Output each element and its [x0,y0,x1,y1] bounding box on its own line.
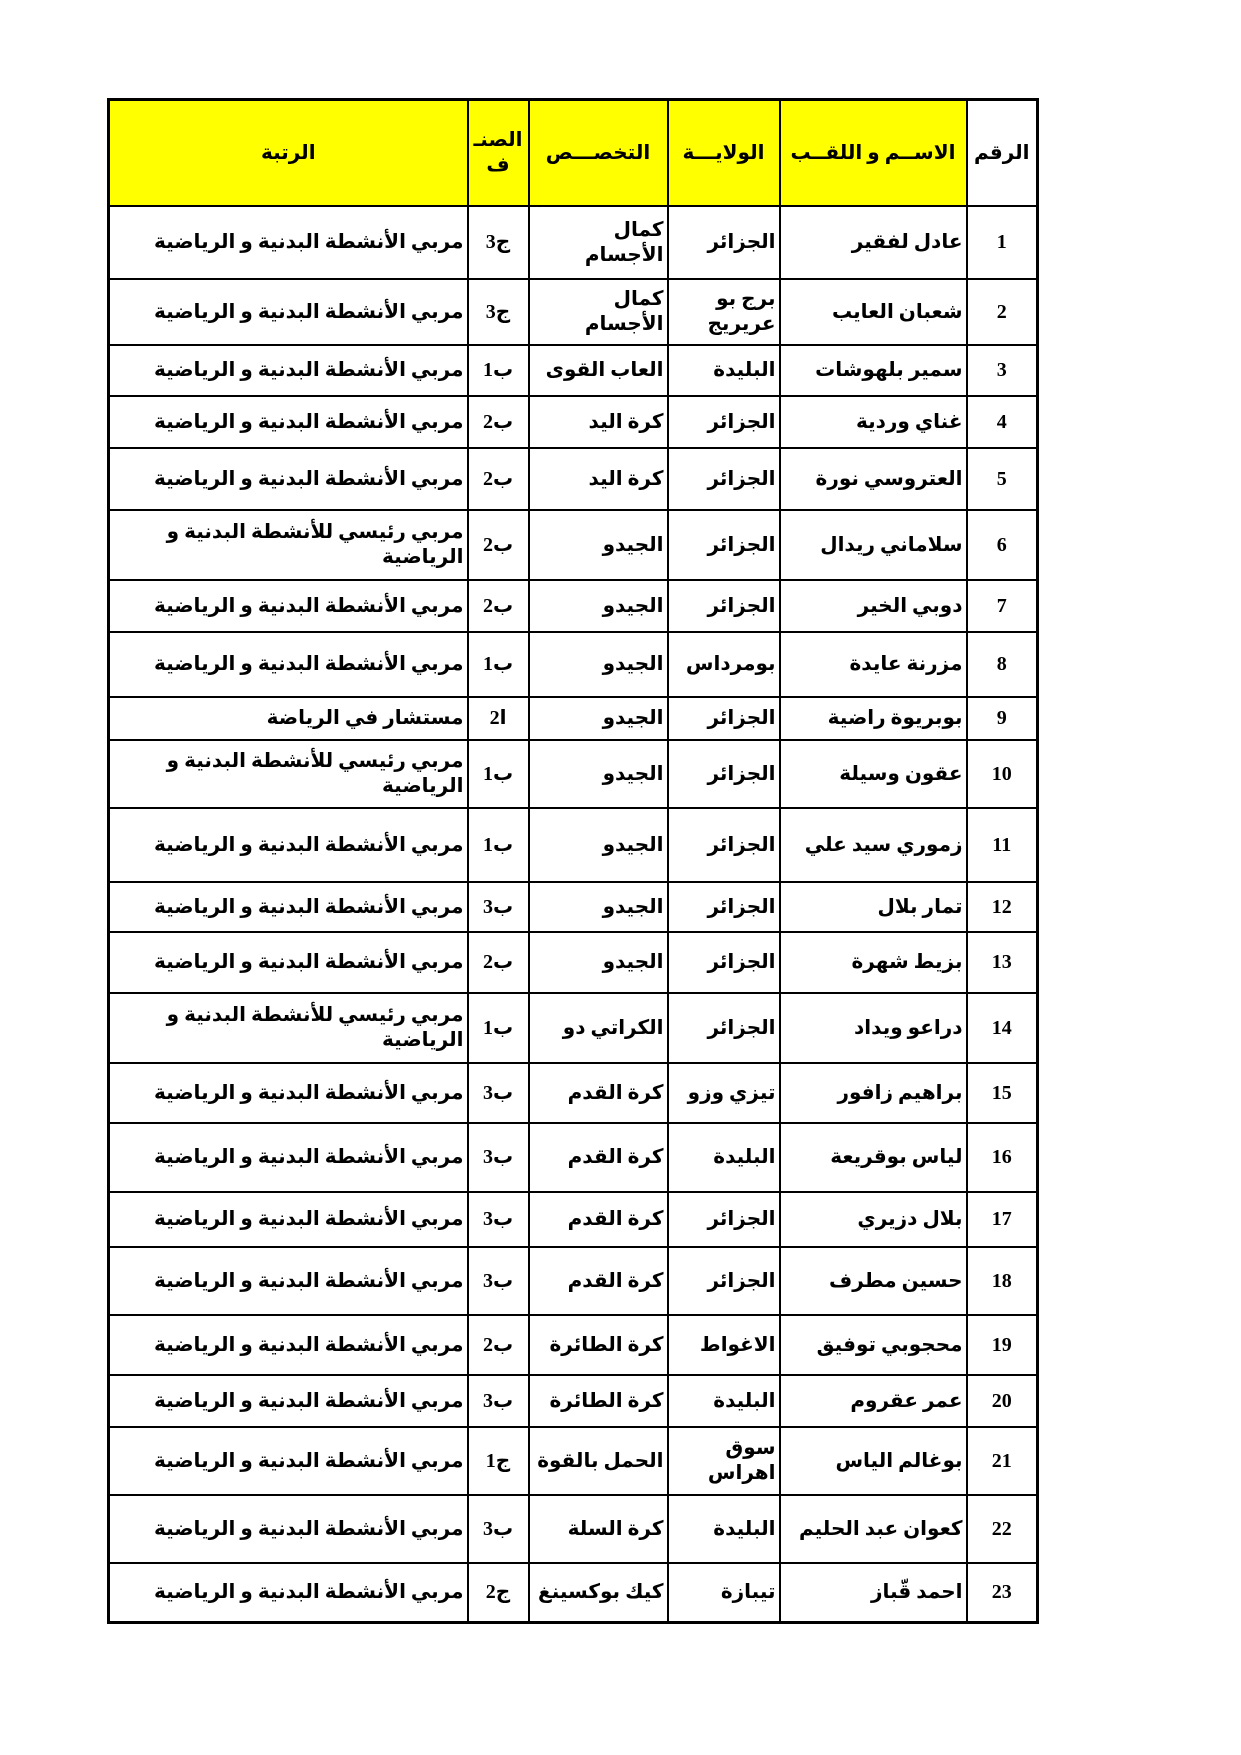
table-row: 16لياس بوقريعةالبليدةكرة القدمب3مربي الأ… [109,1123,1038,1192]
cell-class: ب1 [468,632,529,697]
cell-wilaya: البليدة [668,1375,780,1427]
cell-class: ب1 [468,345,529,396]
cell-rank: مربي الأنشطة البدنية و الرياضية [109,1495,468,1563]
cell-number: 21 [967,1427,1038,1495]
cell-class: ب3 [468,1495,529,1563]
cell-wilaya: الجزائر [668,206,780,279]
cell-specialty: كرة القدم [529,1123,668,1192]
roster-table: الرقم الاســم و اللقــب الولايـــة التخص… [107,98,1039,1624]
table-header-row: الرقم الاســم و اللقــب الولايـــة التخص… [109,100,1038,207]
table-row: 22كعوان عبد الحليمالبليدةكرة السلةب3مربي… [109,1495,1038,1563]
cell-wilaya: الجزائر [668,882,780,932]
cell-specialty: كمال الأجسام [529,279,668,345]
cell-rank: مربي الأنشطة البدنية و الرياضية [109,1063,468,1123]
cell-wilaya: البليدة [668,1495,780,1563]
cell-name: بلال دزيري [780,1192,967,1247]
cell-specialty: كمال الأجسام [529,206,668,279]
header-class: الصنـ ف [468,100,529,207]
cell-rank: مربي الأنشطة البدنية و الرياضية [109,580,468,632]
cell-rank: مربي الأنشطة البدنية و الرياضية [109,1123,468,1192]
cell-rank: مربي الأنشطة البدنية و الرياضية [109,932,468,993]
cell-rank: مربي الأنشطة البدنية و الرياضية [109,448,468,510]
table-row: 3سمير بلهوشاتالبليدةالعاب القوىب1مربي ال… [109,345,1038,396]
table-row: 2شعبان العايببرج بو عريريجكمال الأجسامج3… [109,279,1038,345]
cell-class: ب3 [468,1123,529,1192]
cell-wilaya: الجزائر [668,932,780,993]
cell-class: ب2 [468,510,529,580]
cell-wilaya: الجزائر [668,396,780,448]
cell-rank: مربي الأنشطة البدنية و الرياضية [109,632,468,697]
table-row: 11زموري سيد عليالجزائرالجيدوب1مربي الأنش… [109,808,1038,882]
cell-specialty: كرة اليد [529,448,668,510]
cell-name: شعبان العايب [780,279,967,345]
cell-specialty: كيك بوكسينغ [529,1563,668,1622]
cell-number: 18 [967,1247,1038,1315]
cell-wilaya: تيزي وزو [668,1063,780,1123]
cell-class: ب2 [468,932,529,993]
cell-class: ب3 [468,1375,529,1427]
cell-wilaya: برج بو عريريج [668,279,780,345]
table-row: 17بلال دزيريالجزائركرة القدمب3مربي الأنش… [109,1192,1038,1247]
cell-name: سلاماني ريدال [780,510,967,580]
cell-wilaya: الجزائر [668,697,780,740]
cell-wilaya: الجزائر [668,1247,780,1315]
cell-name: دراعو ويداد [780,993,967,1063]
cell-rank: مربي الأنشطة البدنية و الرياضية [109,1315,468,1375]
cell-name: مزرنة عايدة [780,632,967,697]
cell-wilaya: بومرداس [668,632,780,697]
cell-name: لياس بوقريعة [780,1123,967,1192]
cell-specialty: كرة الطائرة [529,1315,668,1375]
cell-number: 4 [967,396,1038,448]
cell-rank: مربي الأنشطة البدنية و الرياضية [109,1563,468,1622]
cell-name: زموري سيد علي [780,808,967,882]
cell-name: عمر عقروم [780,1375,967,1427]
table-row: 12تمار بلالالجزائرالجيدوب3مربي الأنشطة ا… [109,882,1038,932]
cell-number: 8 [967,632,1038,697]
cell-number: 23 [967,1563,1038,1622]
cell-specialty: الجيدو [529,932,668,993]
cell-class: ب3 [468,1247,529,1315]
cell-number: 14 [967,993,1038,1063]
cell-rank: مربي الأنشطة البدنية و الرياضية [109,345,468,396]
table-row: 21بوغالم الياسسوق اهراسالحمل بالقوةج1مرب… [109,1427,1038,1495]
cell-specialty: كرة اليد [529,396,668,448]
table-row: 15براهيم زافورتيزي وزوكرة القدمب3مربي ال… [109,1063,1038,1123]
cell-rank: مربي الأنشطة البدنية و الرياضية [109,1375,468,1427]
header-specialty: التخصـــص [529,100,668,207]
cell-class: ب1 [468,808,529,882]
cell-number: 19 [967,1315,1038,1375]
cell-class: ب3 [468,1192,529,1247]
cell-wilaya: الجزائر [668,580,780,632]
cell-wilaya: البليدة [668,1123,780,1192]
table-row: 18حسين مطرفالجزائركرة القدمب3مربي الأنشط… [109,1247,1038,1315]
cell-name: بوبريوة راضية [780,697,967,740]
cell-class: ب2 [468,448,529,510]
cell-number: 11 [967,808,1038,882]
cell-wilaya: الاغواط [668,1315,780,1375]
cell-name: بوغالم الياس [780,1427,967,1495]
table-row: 7دوبي الخيرالجزائرالجيدوب2مربي الأنشطة ا… [109,580,1038,632]
cell-rank: مربي الأنشطة البدنية و الرياضية [109,396,468,448]
cell-wilaya: الجزائر [668,740,780,808]
cell-number: 13 [967,932,1038,993]
header-name: الاســم و اللقــب [780,100,967,207]
cell-specialty: الجيدو [529,697,668,740]
cell-name: دوبي الخير [780,580,967,632]
cell-number: 10 [967,740,1038,808]
cell-wilaya: البليدة [668,345,780,396]
header-number: الرقم [967,100,1038,207]
cell-name: براهيم زافور [780,1063,967,1123]
cell-rank: مستشار في الرياضة [109,697,468,740]
cell-number: 17 [967,1192,1038,1247]
cell-specialty: كرة القدم [529,1063,668,1123]
cell-number: 7 [967,580,1038,632]
cell-specialty: العاب القوى [529,345,668,396]
cell-specialty: الجيدو [529,632,668,697]
cell-name: كعوان عبد الحليم [780,1495,967,1563]
cell-name: تمار بلال [780,882,967,932]
table-row: 23احمد قّبازتيبازةكيك بوكسينغج2مربي الأن… [109,1563,1038,1622]
cell-wilaya: الجزائر [668,808,780,882]
cell-class: ا2 [468,697,529,740]
cell-number: 16 [967,1123,1038,1192]
cell-number: 20 [967,1375,1038,1427]
cell-specialty: كرة القدم [529,1192,668,1247]
cell-class: ج3 [468,279,529,345]
cell-number: 9 [967,697,1038,740]
cell-specialty: الحمل بالقوة [529,1427,668,1495]
header-rank: الرتبة [109,100,468,207]
cell-number: 12 [967,882,1038,932]
table-row: 1عادل لفقيرالجزائركمال الأجسامج3مربي الأ… [109,206,1038,279]
cell-wilaya: الجزائر [668,510,780,580]
cell-rank: مربي الأنشطة البدنية و الرياضية [109,1247,468,1315]
cell-wilaya: الجزائر [668,993,780,1063]
cell-rank: مربي الأنشطة البدنية و الرياضية [109,279,468,345]
cell-specialty: الجيدو [529,882,668,932]
cell-wilaya: سوق اهراس [668,1427,780,1495]
cell-specialty: الجيدو [529,740,668,808]
cell-number: 6 [967,510,1038,580]
cell-name: سمير بلهوشات [780,345,967,396]
cell-number: 15 [967,1063,1038,1123]
cell-rank: مربي رئيسي للأنشطة البدنية و الرياضية [109,993,468,1063]
cell-name: احمد قّباز [780,1563,967,1622]
cell-class: ب1 [468,740,529,808]
cell-number: 1 [967,206,1038,279]
table-row: 20عمر عقرومالبليدةكرة الطائرةب3مربي الأن… [109,1375,1038,1427]
cell-wilaya: تيبازة [668,1563,780,1622]
cell-specialty: الجيدو [529,510,668,580]
cell-specialty: الجيدو [529,580,668,632]
cell-number: 5 [967,448,1038,510]
cell-name: حسين مطرف [780,1247,967,1315]
cell-specialty: كرة الطائرة [529,1375,668,1427]
cell-class: ب3 [468,882,529,932]
cell-name: عادل لفقير [780,206,967,279]
cell-name: محجوبي توفيق [780,1315,967,1375]
table-row: 4غناي ورديةالجزائركرة اليدب2مربي الأنشطة… [109,396,1038,448]
cell-class: ج3 [468,206,529,279]
cell-number: 3 [967,345,1038,396]
cell-rank: مربي الأنشطة البدنية و الرياضية [109,1427,468,1495]
cell-class: ب1 [468,993,529,1063]
cell-class: ب3 [468,1063,529,1123]
cell-number: 2 [967,279,1038,345]
table-row: 9بوبريوة راضيةالجزائرالجيدوا2مستشار في ا… [109,697,1038,740]
table-body: 1عادل لفقيرالجزائركمال الأجسامج3مربي الأ… [109,206,1038,1622]
cell-specialty: كرة السلة [529,1495,668,1563]
cell-wilaya: الجزائر [668,1192,780,1247]
cell-rank: مربي الأنشطة البدنية و الرياضية [109,1192,468,1247]
cell-rank: مربي الأنشطة البدنية و الرياضية [109,808,468,882]
cell-class: ب2 [468,580,529,632]
cell-class: ب2 [468,1315,529,1375]
cell-number: 22 [967,1495,1038,1563]
cell-name: عقون وسيلة [780,740,967,808]
document-page: الرقم الاســم و اللقــب الولايـــة التخص… [0,0,1241,1755]
cell-rank: مربي رئيسي للأنشطة البدنية و الرياضية [109,740,468,808]
cell-name: بزيط شهرة [780,932,967,993]
cell-rank: مربي رئيسي للأنشطة البدنية و الرياضية [109,510,468,580]
cell-class: ب2 [468,396,529,448]
table-row: 6سلاماني ريدالالجزائرالجيدوب2مربي رئيسي … [109,510,1038,580]
cell-rank: مربي الأنشطة البدنية و الرياضية [109,882,468,932]
cell-specialty: كرة القدم [529,1247,668,1315]
cell-class: ج1 [468,1427,529,1495]
header-wilaya: الولايـــة [668,100,780,207]
cell-rank: مربي الأنشطة البدنية و الرياضية [109,206,468,279]
table-row: 13بزيط شهرةالجزائرالجيدوب2مربي الأنشطة ا… [109,932,1038,993]
cell-wilaya: الجزائر [668,448,780,510]
cell-specialty: الكراتي دو [529,993,668,1063]
table-row: 8مزرنة عايدةبومرداسالجيدوب1مربي الأنشطة … [109,632,1038,697]
cell-specialty: الجيدو [529,808,668,882]
cell-class: ج2 [468,1563,529,1622]
table-row: 19محجوبي توفيقالاغواطكرة الطائرةب2مربي ا… [109,1315,1038,1375]
table-row: 5العتروسي نورةالجزائركرة اليدب2مربي الأن… [109,448,1038,510]
cell-name: العتروسي نورة [780,448,967,510]
cell-name: غناي وردية [780,396,967,448]
table-row: 10عقون وسيلةالجزائرالجيدوب1مربي رئيسي لل… [109,740,1038,808]
table-row: 14دراعو ويدادالجزائرالكراتي دوب1مربي رئي… [109,993,1038,1063]
